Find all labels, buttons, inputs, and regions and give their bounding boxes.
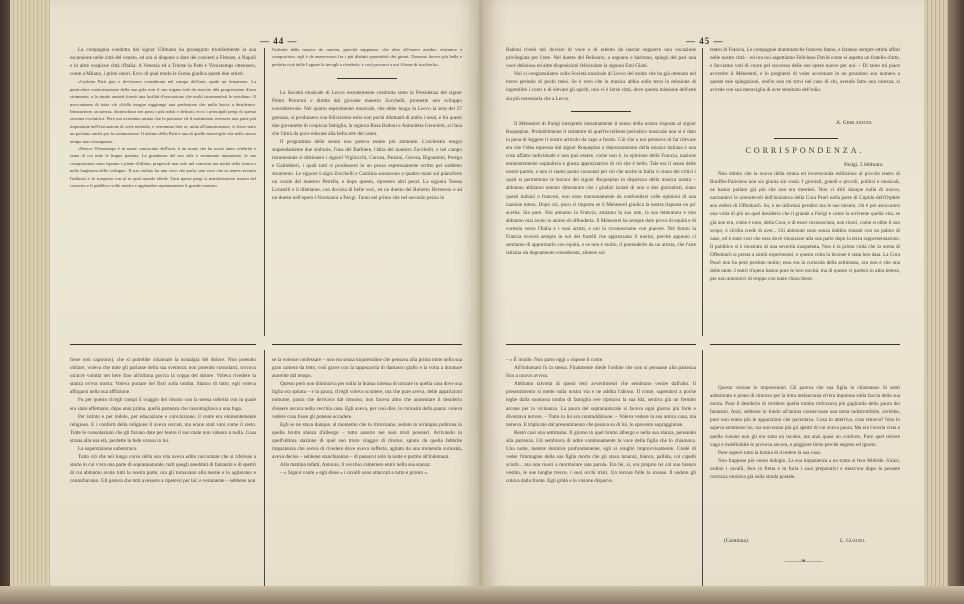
right-col2-top: teatro di Francia. Le compagnie drammati… — [710, 46, 900, 102]
dateline: Parigi, 5 febbraio. — [844, 162, 884, 168]
right-page: — 45 — Badoni rivelò tali doviziе di voc… — [484, 0, 924, 590]
column-divider — [264, 350, 265, 586]
paragraph: La superstizione subentrava. — [70, 445, 256, 453]
book-bottom-edge — [0, 586, 964, 604]
column-divider — [702, 48, 703, 336]
right-col1-top: Badoni rivelò tali doviziе di voce e di … — [506, 46, 696, 336]
paragraph: Questa visione lo impressionò. Gli parev… — [710, 384, 900, 449]
paragraph: Pure superò tutto la brama di rivedere l… — [710, 449, 900, 457]
ornament-icon: ⸻❧⸻ — [784, 556, 822, 566]
paragraph: – « È inutile. Non parto oggi » rispose … — [506, 356, 696, 364]
paragraph: Noi ci congratuliamo colla Società music… — [506, 70, 696, 102]
feuilleton-rule-left — [506, 344, 696, 345]
paragraph: Questo però non diminuiva per nulla la b… — [272, 380, 462, 420]
section-rule — [571, 111, 631, 112]
page-stack-right — [924, 0, 948, 604]
paragraph: Non frappose più verun indugio. La sua i… — [710, 457, 900, 481]
paragraph: Il Ménestrel di Parigi interpretò inesat… — [506, 120, 696, 258]
left-col1-bottom: forse non capirono), che si potrebbe chi… — [70, 356, 256, 526]
paragraph: forse non capirono), che si potrebbe chi… — [70, 356, 256, 396]
continued-note: (Continua). — [724, 538, 749, 544]
paragraph: All'indomani fu la stessa. Finalmente di… — [506, 364, 696, 380]
book-cover-edge-right — [948, 0, 964, 604]
paragraph: La compagnia condotta dal signor Ullmann… — [70, 46, 256, 78]
page-stack-left — [10, 0, 50, 604]
left-col2-top: l'infinità della musica da camera, giacc… — [272, 46, 462, 336]
paragraph: Tutto ciò che nel lungo corso della sua … — [70, 453, 256, 485]
quote-paragraph: «Enrico Vieuxtemps è in nome conosciuto … — [70, 145, 256, 189]
page-number-left: — 44 — — [260, 36, 298, 46]
right-col2-bottom: Questa visione lo impressionò. Gli parev… — [710, 384, 900, 524]
feuilleton-rule-left — [70, 344, 256, 345]
paragraph: Egli se ne stava dunque, al momento che … — [272, 421, 462, 461]
right-col2-corrispondenza: Non dubito che la nuova della strana ed … — [710, 170, 900, 336]
section-rule — [337, 78, 397, 79]
paragraph: Alla mattina infatti, Antonio, il vecchi… — [272, 461, 462, 469]
left-col2-bottom: se la volesse confessare – non era senza… — [272, 356, 462, 526]
right-col1-bottom: – « È inutile. Non parto oggi » rispose … — [506, 356, 696, 584]
paragraph: teatro di Francia. Le compagnie drammati… — [710, 46, 900, 95]
book-cover-edge-left — [0, 0, 10, 604]
paragraph: se la volesse confessare – non era senza… — [272, 356, 462, 380]
column-divider — [702, 350, 703, 586]
quote-paragraph: «Carlotta Patti può e dev'essere conside… — [70, 78, 256, 145]
paragraph: Abbiamo talvolta di questi tetri avverti… — [506, 380, 696, 429]
paragraph: Il programma della serata non poteva ess… — [272, 138, 462, 203]
paragraph: La Società musicale di Lecco recentement… — [272, 89, 462, 138]
left-col1-top: La compagnia condotta dal signor Ullmann… — [70, 46, 256, 336]
signature-ghislanzoni: A. Ghislanzoni. — [836, 120, 872, 126]
book-spread: — 44 — La compagnia condotta dal signor … — [0, 0, 964, 604]
signature-gualdo: L. Gualdo. — [840, 538, 865, 544]
paragraph: Badoni rivelò tali doviziе di voce e di … — [506, 46, 696, 70]
paragraph: Non dubito che la nuova della strana ed … — [710, 170, 900, 283]
paragraph: Per istinto e per indole, per educazione… — [70, 413, 256, 445]
paragraph: – « Signor conte » egli disse « i cavall… — [272, 469, 462, 477]
feuilleton-rule-right — [272, 344, 462, 345]
paragraph: Fu per questo ch'egli compì il viaggio d… — [70, 396, 256, 412]
paragraph: l'infinità della musica da camera, giacc… — [272, 46, 462, 68]
column-divider — [264, 48, 265, 336]
feuilleton-rule-right — [710, 344, 900, 345]
paragraph: Restò così una settimana. Il giorno in q… — [506, 429, 696, 486]
page-number-right: — 45 — — [686, 36, 724, 46]
section-heading-corrispondenza: CORRISPONDENZA. — [710, 146, 900, 155]
left-page: — 44 — La compagnia condotta dal signor … — [50, 0, 478, 590]
section-rule — [774, 138, 838, 139]
